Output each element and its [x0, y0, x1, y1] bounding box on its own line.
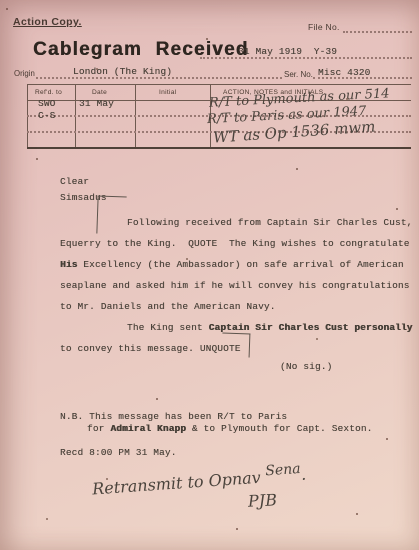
message-line-6-start: The King sent: [127, 322, 209, 333]
cablegram-document: Action Copy. File No. Cablegram Received…: [0, 0, 419, 550]
title-date-serial: 31 May 1919 Y-39: [238, 46, 337, 58]
date-value: 31 May: [79, 98, 114, 110]
edge-vignette: [0, 0, 419, 550]
column-header-refd-to: Ref'd. to: [35, 89, 62, 96]
nb-line-2-bold: Admiral Knapp: [110, 423, 186, 434]
handwritten-initials: PJB: [248, 490, 278, 510]
message-line-7: to convey this message. UNQUOTE: [60, 343, 241, 355]
origin-label: Origin: [14, 69, 35, 78]
nb-note-line-1: N.B. This message has been R/T to Paris: [60, 411, 287, 423]
origin-value: London (The King): [73, 66, 172, 78]
file-no-line: [343, 31, 412, 33]
serial-no-label: Ser. No.: [284, 70, 313, 79]
message-line-1: Following received from Captain Sir Char…: [127, 217, 412, 229]
message-line-4: seaplane and asked him if he will convey…: [60, 280, 410, 292]
handwritten-note-text: Retransmit to Opnav: [92, 468, 262, 499]
nb-line-2-start: for: [87, 423, 110, 434]
message-line-6: The King sent Captain Sir Charles Cust p…: [127, 322, 413, 334]
received-timestamp: Recd 8:00 PM 31 May.: [60, 447, 177, 459]
serial-no-line: [313, 77, 412, 79]
refd-to-value-2: C-S: [38, 110, 55, 122]
handwritten-note-period: .: [300, 465, 306, 484]
action-copy-label: Action Copy.: [13, 16, 82, 28]
handwritten-note-super: Sena: [265, 461, 301, 479]
routing-table: Ref'd. to Date Initial ACTION, NOTES and…: [27, 84, 411, 149]
refd-to-value-1: SWO: [38, 98, 55, 110]
message-line-7-start: to convey this message.: [60, 343, 200, 354]
message-line-6-bold: Captain Sir Charles Cust personally: [209, 322, 413, 333]
column-header-initial: Initial: [159, 89, 177, 96]
message-line-2: Equerry to the King. QUOTE The King wish…: [60, 238, 410, 250]
message-line-3-bold: His: [60, 259, 77, 270]
message-line-5: to Mr. Daniels and the American Navy.: [60, 301, 276, 313]
closing-bracket-mark: [222, 333, 251, 358]
nb-note-line-2: for Admiral Knapp & to Plymouth for Capt…: [87, 423, 373, 435]
nb-line-2-rest: & to Plymouth for Capt. Sexton.: [186, 423, 372, 434]
column-header-date: Date: [92, 89, 107, 96]
opening-bracket-mark: [96, 196, 126, 235]
paper-speckles: [6, 8, 8, 10]
message-line-3: His Excellency (the Ambassador) on safe …: [60, 259, 404, 271]
message-clear: Clear: [60, 176, 89, 188]
message-line-3-rest: Excellency (the Ambassador) on safe arri…: [77, 259, 403, 270]
file-no-label: File No.: [308, 22, 340, 32]
no-signature-note: (No sig.): [280, 361, 332, 373]
